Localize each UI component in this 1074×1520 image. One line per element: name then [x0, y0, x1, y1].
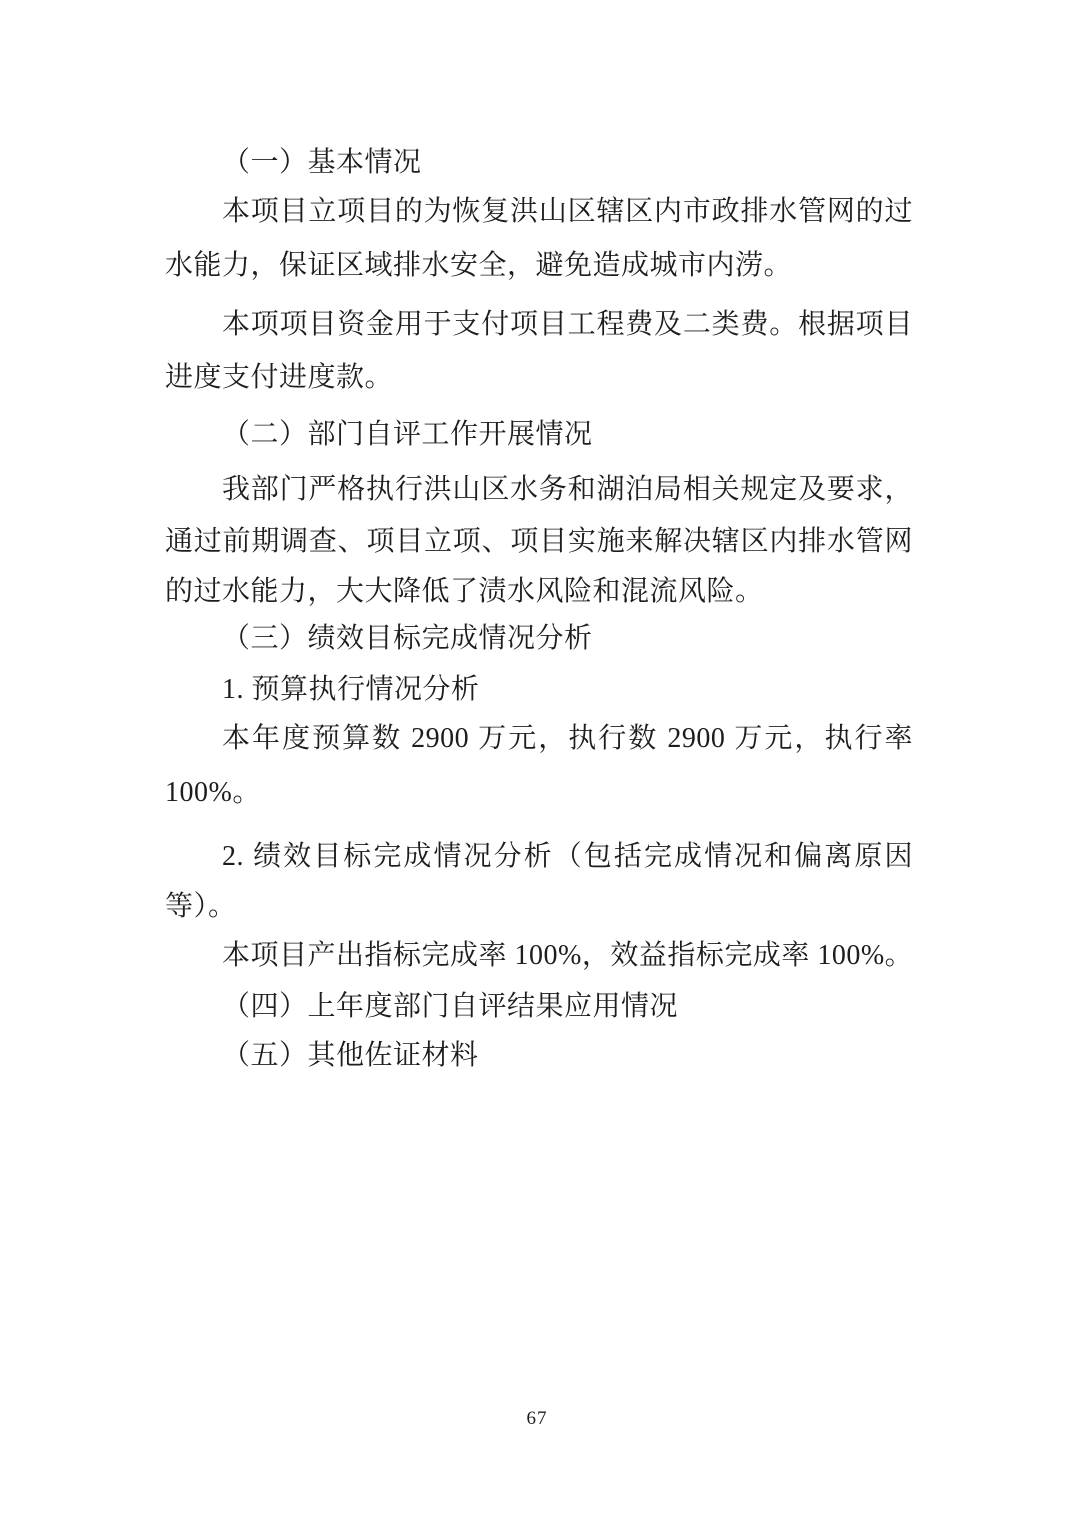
document-page: （一）基本情况 本项目立项目的为恢复洪山区辖区内市政排水管网的过 水能力，保证区… [0, 0, 1074, 1520]
body-text-line: 等）。 [165, 890, 913, 924]
section-heading-performance-targets: （三）绩效目标完成情况分析 [165, 622, 913, 656]
body-text-line: 我部门严格执行洪山区水务和湖泊局相关规定及要求， [165, 473, 913, 507]
body-text-line: 本年度预算数 2900 万元，执行数 2900 万元，执行率 [165, 722, 913, 756]
text-column: （一）基本情况 本项目立项目的为恢复洪山区辖区内市政排水管网的过 水能力，保证区… [165, 0, 913, 1520]
subheading-budget-execution: 1. 预算执行情况分析 [165, 673, 913, 707]
body-text-line: 进度支付进度款。 [165, 361, 913, 395]
section-heading-basic-info: （一）基本情况 [165, 146, 913, 180]
section-heading-prior-year-results: （四）上年度部门自评结果应用情况 [165, 990, 913, 1024]
body-text-line: 通过前期调查、项目立项、项目实施来解决辖区内排水管网 [165, 525, 913, 559]
subheading-target-completion: 2. 绩效目标完成情况分析（包括完成情况和偏离原因 [165, 840, 913, 874]
section-heading-self-evaluation: （二）部门自评工作开展情况 [165, 418, 913, 452]
body-text-line: 100%。 [165, 776, 913, 810]
page-number: 67 [0, 1408, 1074, 1430]
body-text-line: 本项目立项目的为恢复洪山区辖区内市政排水管网的过 [165, 195, 913, 229]
section-heading-other-materials: （五）其他佐证材料 [165, 1039, 913, 1073]
body-text-line: 水能力，保证区域排水安全，避免造成城市内涝。 [165, 249, 913, 283]
body-text-line: 本项目产出指标完成率 100%，效益指标完成率 100%。 [165, 939, 913, 973]
body-text-line: 的过水能力，大大降低了渍水风险和混流风险。 [165, 575, 913, 609]
body-text-line: 本项项目资金用于支付项目工程费及二类费。根据项目 [165, 308, 913, 342]
